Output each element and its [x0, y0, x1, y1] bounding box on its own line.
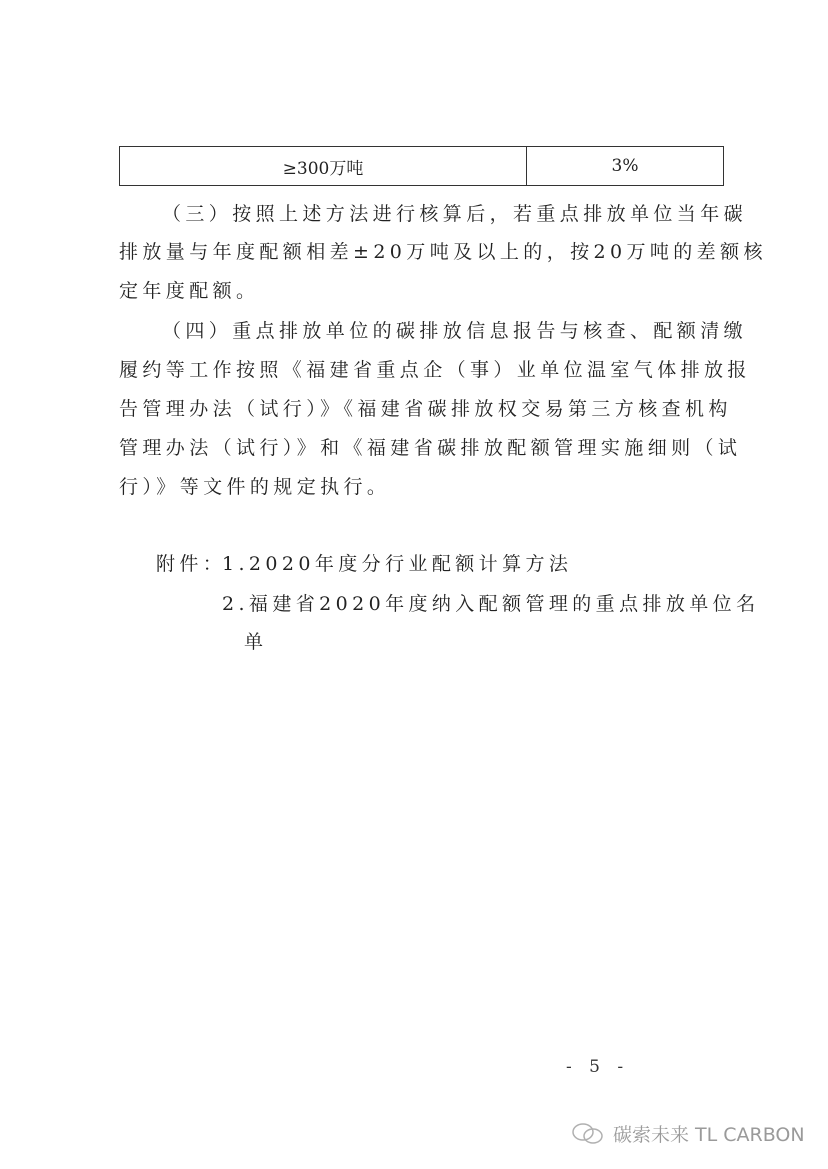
paragraph-3-line-3: 定年度配额。	[119, 279, 259, 303]
attachment-item-2-cont: 单	[244, 630, 267, 654]
paragraph-4-line-1: （四）重点排放单位的碳排放信息报告与核查、配额清缴	[162, 319, 747, 343]
paragraph-4-line-3: 告管理办法（试行）》《福建省碳排放权交易第三方核查机构	[119, 397, 732, 421]
emission-range-cell: ≥300万吨	[120, 147, 527, 185]
attachment-item-1: 1.2020年度分行业配额计算方法	[222, 552, 572, 576]
paragraph-3-line-2: 排放量与年度配额相差±20万吨及以上的，按20万吨的差额核	[119, 240, 767, 264]
wechat-icon	[571, 1122, 605, 1146]
paragraph-4-line-5: 行）》等文件的规定执行。	[119, 475, 390, 499]
page-number: - 5 -	[566, 1057, 629, 1077]
attachment-item-2: 2.福建省2020年度纳入配额管理的重点排放单位名	[222, 592, 759, 616]
paragraph-4-line-2: 履约等工作按照《福建省重点企（事）业单位温室气体排放报	[119, 358, 751, 382]
quota-table-row: ≥300万吨 3%	[119, 146, 724, 186]
paragraph-3-line-1: （三）按照上述方法进行核算后，若重点排放单位当年碳	[162, 202, 747, 226]
paragraph-4-line-4: 管理办法（试行）》和《福建省碳排放配额管理实施细则（试	[119, 436, 741, 460]
rate-cell: 3%	[527, 147, 723, 185]
watermark-text: 碳索未来 TL CARBON	[613, 1120, 805, 1147]
attachments-label: 附件：	[156, 552, 226, 576]
watermark: 碳索未来 TL CARBON	[571, 1120, 805, 1147]
